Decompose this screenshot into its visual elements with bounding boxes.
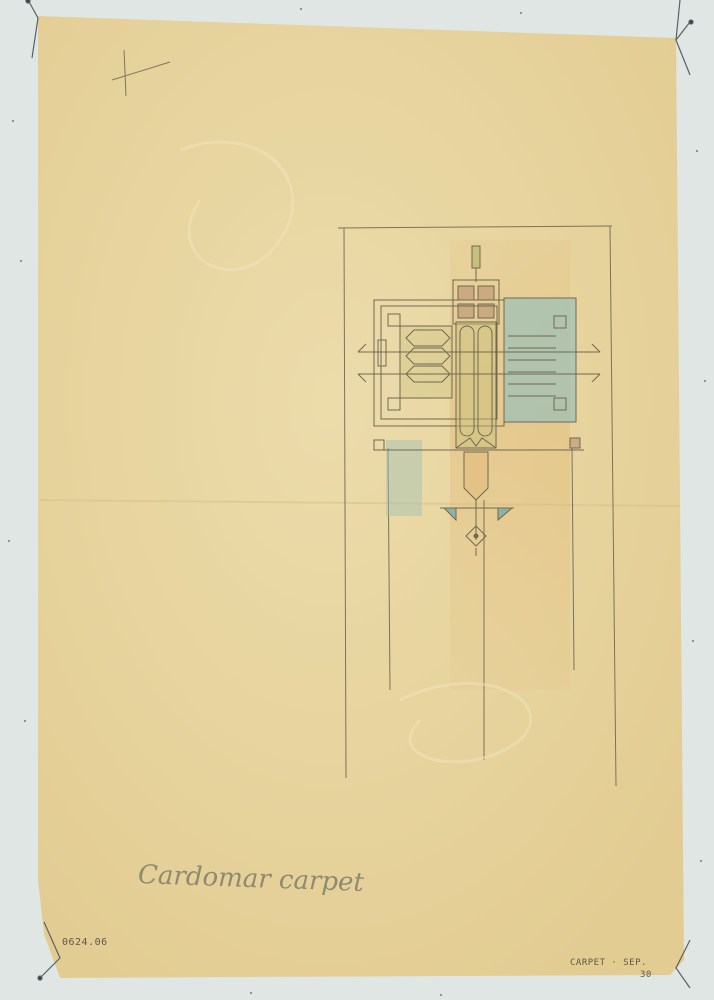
paper-sheet (38, 16, 684, 978)
pushpin-top-left (26, 0, 38, 58)
pushpin-top-right (676, 0, 693, 75)
teal-wash-left (386, 440, 422, 516)
corner-label-line2: 30 (640, 970, 652, 980)
drawing-sheet (0, 0, 714, 1000)
catalog-number: 0624.06 (62, 937, 108, 948)
corner-label-line1: CARPET · SEP. (570, 958, 647, 968)
